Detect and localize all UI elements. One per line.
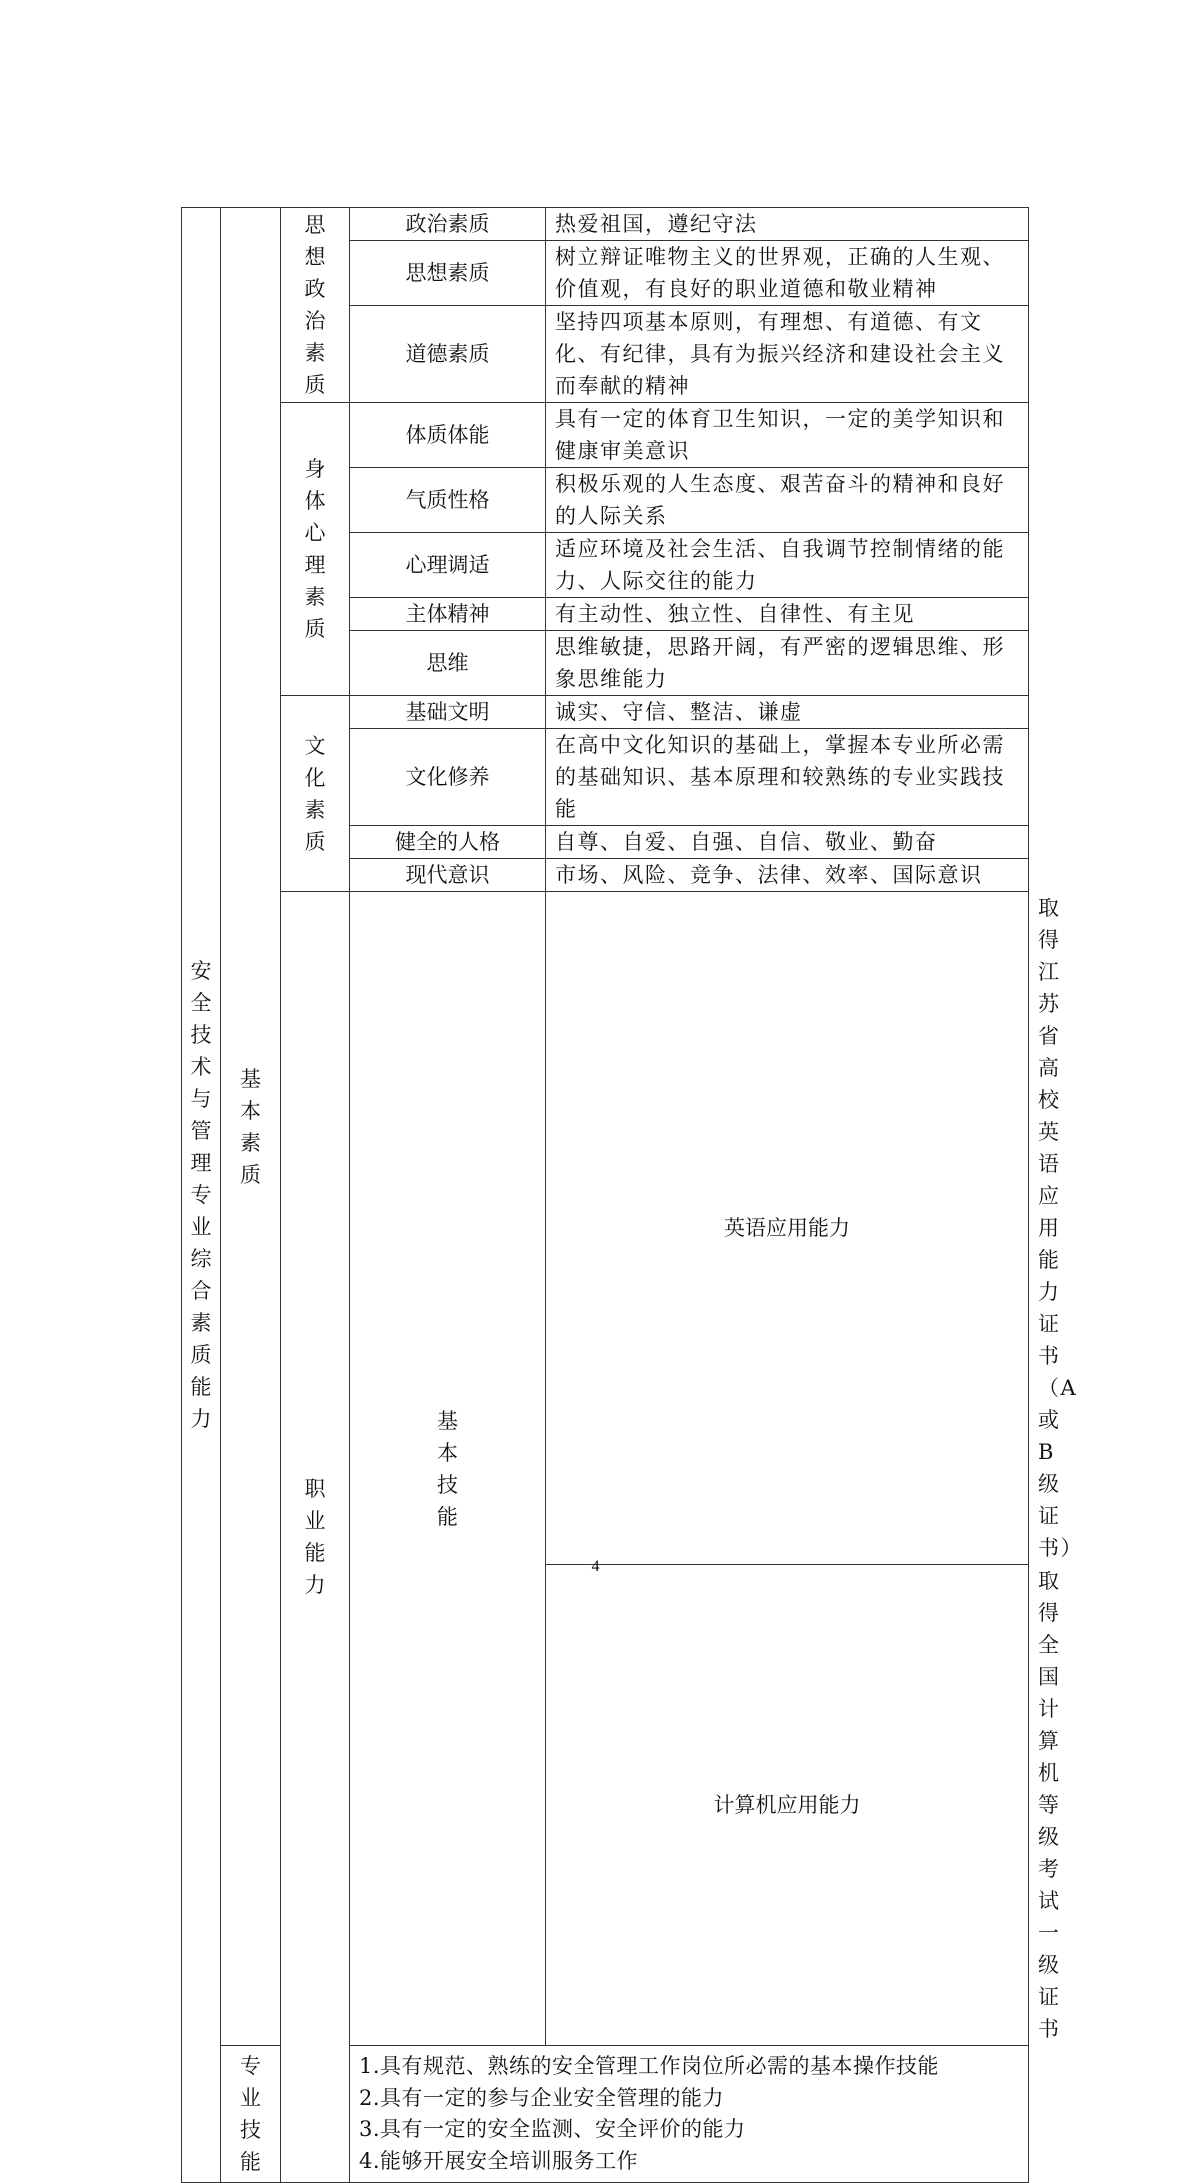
subgroup-label: 文化素质 bbox=[303, 730, 326, 858]
category-cell: 安全技术与管理专业综合素质能力 bbox=[182, 208, 221, 2183]
item-cell: 体质体能 bbox=[350, 403, 546, 468]
desc-cell: 自尊、自爱、自强、自信、敬业、勤奋 bbox=[546, 826, 1029, 859]
document-page: 安全技术与管理专业综合素质能力 基本素质 思想政治素质 政治素质 热爱祖国，遵纪… bbox=[0, 0, 1191, 1684]
subgroup-cell-professional-skills: 专业技能 bbox=[221, 2046, 281, 2183]
item-cell: 文化修养 bbox=[350, 729, 546, 826]
item-cell: 思想素质 bbox=[350, 241, 546, 306]
desc-cell: 适应环境及社会生活、自我调节控制情绪的能力、人际交往的能力 bbox=[546, 533, 1029, 598]
subgroup-cell-physical-mental: 身体心理素质 bbox=[281, 403, 350, 696]
item-cell: 思维 bbox=[350, 631, 546, 696]
item-cell: 英语应用能力 bbox=[546, 892, 1029, 1565]
group-label: 基本素质 bbox=[239, 1063, 262, 1191]
subgroup-cell-ideological: 思想政治素质 bbox=[281, 208, 350, 403]
subgroup-label: 思想政治素质 bbox=[303, 209, 326, 401]
group-cell-basic-quality: 基本素质 bbox=[221, 208, 281, 2046]
subgroup-cell-basic-skills: 基本技能 bbox=[350, 892, 546, 2046]
desc-cell: 树立辩证唯物主义的世界观，正确的人生观、价值观，有良好的职业道德和敬业精神 bbox=[546, 241, 1029, 306]
competency-table: 安全技术与管理专业综合素质能力 基本素质 思想政治素质 政治素质 热爱祖国，遵纪… bbox=[181, 207, 1029, 2183]
subgroup-label: 身体心理素质 bbox=[303, 453, 326, 645]
subgroup-label: 基本技能 bbox=[436, 1405, 459, 1533]
item-cell: 基础文明 bbox=[350, 696, 546, 729]
list-item: 1.具有规范、熟练的安全管理工作岗位所必需的基本操作技能 bbox=[359, 2051, 1028, 2083]
group-cell-professional-ability: 职业能力 bbox=[281, 892, 350, 2183]
table-row: 文化素质 基础文明 诚实、守信、整洁、谦虚 bbox=[182, 696, 1029, 729]
item-cell: 道德素质 bbox=[350, 306, 546, 403]
page-number: 4 bbox=[0, 1558, 1191, 1576]
table-row: 职业能力 基本技能 英语应用能力 取得江苏省高校英语应用能力证书（A或B级证书） bbox=[182, 892, 1029, 1565]
desc-cell: 积极乐观的人生态度、艰苦奋斗的精神和良好的人际关系 bbox=[546, 468, 1029, 533]
group-label: 职业能力 bbox=[303, 1473, 326, 1601]
item-cell: 气质性格 bbox=[350, 468, 546, 533]
item-cell: 计算机应用能力 bbox=[546, 1565, 1029, 2046]
desc-cell: 具有一定的体育卫生知识，一定的美学知识和健康审美意识 bbox=[546, 403, 1029, 468]
desc-cell: 有主动性、独立性、自律性、有主见 bbox=[546, 598, 1029, 631]
item-cell: 心理调适 bbox=[350, 533, 546, 598]
item-cell: 政治素质 bbox=[350, 208, 546, 241]
list-item: 2.具有一定的参与企业安全管理的能力 bbox=[359, 2083, 1028, 2115]
desc-cell: 热爱祖国，遵纪守法 bbox=[546, 208, 1029, 241]
table-row: 安全技术与管理专业综合素质能力 基本素质 思想政治素质 政治素质 热爱祖国，遵纪… bbox=[182, 208, 1029, 241]
desc-cell: 在高中文化知识的基础上，掌握本专业所必需的基础知识、基本原理和较熟练的专业实践技… bbox=[546, 729, 1029, 826]
subgroup-cell-cultural: 文化素质 bbox=[281, 696, 350, 892]
desc-cell: 坚持四项基本原则，有理想、有道德、有文化、有纪律，具有为振兴经济和建设社会主义而… bbox=[546, 306, 1029, 403]
list-item: 4.能够开展安全培训服务工作 bbox=[359, 2146, 1028, 2178]
desc-cell: 思维敏捷，思路开阔，有严密的逻辑思维、形象思维能力 bbox=[546, 631, 1029, 696]
desc-cell: 市场、风险、竞争、法律、效率、国际意识 bbox=[546, 859, 1029, 892]
item-cell: 健全的人格 bbox=[350, 826, 546, 859]
subgroup-label: 专业技能 bbox=[239, 2050, 262, 2178]
list-item: 3.具有一定的安全监测、安全评价的能力 bbox=[359, 2114, 1028, 2146]
table-row: 身体心理素质 体质体能 具有一定的体育卫生知识，一定的美学知识和健康审美意识 bbox=[182, 403, 1029, 468]
skills-list-cell: 1.具有规范、熟练的安全管理工作岗位所必需的基本操作技能 2.具有一定的参与企业… bbox=[350, 2046, 1029, 2183]
category-label: 安全技术与管理专业综合素质能力 bbox=[189, 955, 212, 1435]
item-cell: 现代意识 bbox=[350, 859, 546, 892]
item-cell: 主体精神 bbox=[350, 598, 546, 631]
desc-cell: 诚实、守信、整洁、谦虚 bbox=[546, 696, 1029, 729]
